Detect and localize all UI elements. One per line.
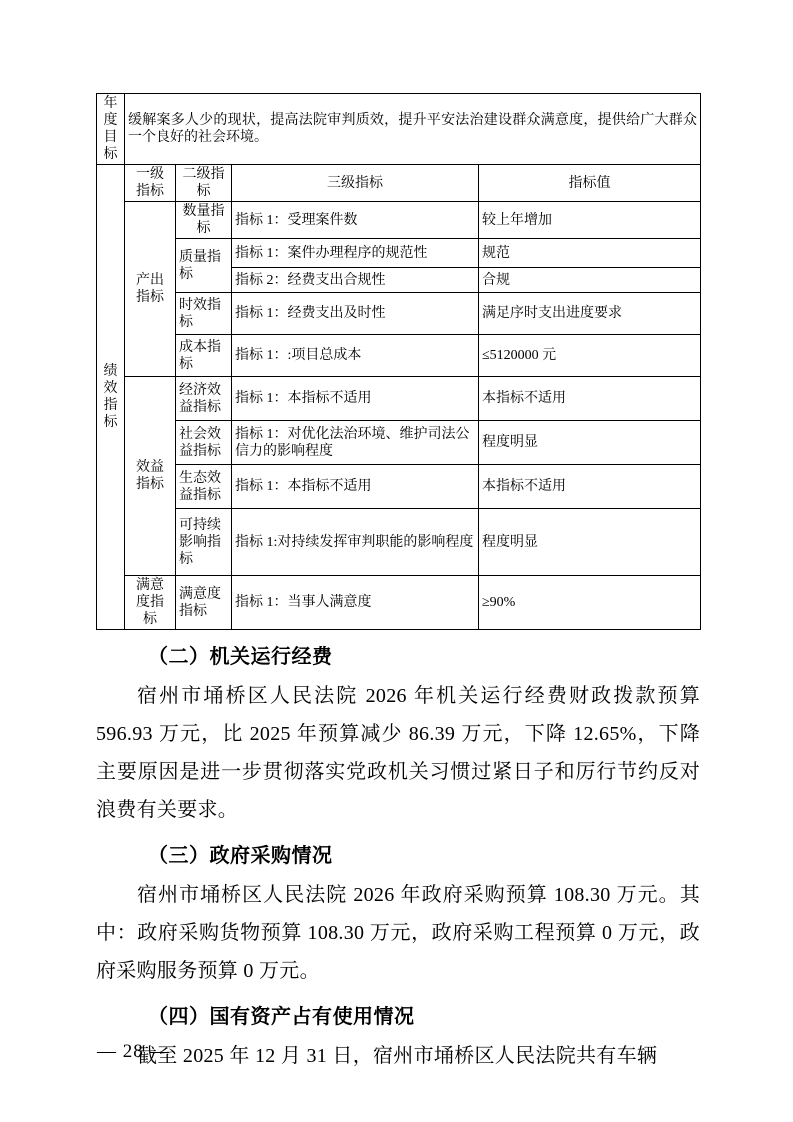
section-paragraph: 宿州市埇桥区人民法院 2026 年政府采购预算 108.30 万元。其中：政府采… — [96, 876, 700, 990]
header-level3: 三级指标 — [232, 165, 479, 202]
header-level1: 一级 指标 — [125, 165, 176, 202]
level2-timeliness: 时效指 标 — [176, 293, 232, 335]
table-row: 满意 度指 标 满意度 指标 指标 1：当事人满意度 ≥90% — [97, 576, 701, 630]
section-heading: （三）政府采购情况 — [148, 842, 700, 870]
table-row: 质量指 标 指标 1：案件办理程序的规范性 规范 — [97, 239, 701, 268]
header-level2: 二级指 标 — [176, 165, 232, 202]
level2-cost: 成本指 标 — [176, 335, 232, 377]
indicator-value: 程度明显 — [479, 509, 701, 576]
level2-satisfaction: 满意度 指标 — [176, 576, 232, 630]
document-page: 年 度 目 标 缓解案多人少的现状，提高法院审判质效，提升平安法治建设群众满意度… — [0, 0, 793, 1122]
section-government-procurement: （三）政府采购情况 宿州市埇桥区人民法院 2026 年政府采购预算 108.30… — [96, 842, 700, 990]
level3-indicator: 指标 1：对优化法治环境、维护司法公信力的影响程度 — [232, 421, 479, 465]
indicator-header-row: 绩 效 指 标 一级 指标 二级指 标 三级指标 指标值 — [97, 165, 701, 202]
table-row: 成本指 标 指标 1：:项目总成本 ≤5120000 元 — [97, 335, 701, 377]
indicator-value: 满足序时支出进度要求 — [479, 293, 701, 335]
section-paragraph: 截至 2025 年 12 月 31 日，宿州市埇桥区人民法院共有车辆 — [96, 1037, 700, 1075]
page-number: — 28 — — [97, 1040, 170, 1064]
level3-indicator: 指标 1：:项目总成本 — [232, 335, 479, 377]
level1-satisfaction: 满意 度指 标 — [125, 576, 176, 630]
page-content: 年 度 目 标 缓解案多人少的现状，提高法院审判质效，提升平安法治建设群众满意度… — [96, 93, 700, 1075]
indicator-value: 规范 — [479, 239, 701, 268]
annual-goal-row-header: 年 度 目 标 — [97, 94, 125, 165]
indicator-value: 程度明显 — [479, 421, 701, 465]
indicator-value: 合规 — [479, 268, 701, 293]
level3-indicator: 指标 1：案件办理程序的规范性 — [232, 239, 479, 268]
level2-social: 社会效 益指标 — [176, 421, 232, 465]
level3-indicator: 指标 2：经费支出合规性 — [232, 268, 479, 293]
indicator-value: 较上年增加 — [479, 202, 701, 239]
section-heading: （四）国有资产占有使用情况 — [148, 1003, 700, 1031]
level2-quantity: 数量指 标 — [176, 202, 232, 239]
table-row: 效益 指标 经济效 益指标 指标 1：本指标不适用 本指标不适用 — [97, 377, 701, 421]
header-value: 指标值 — [479, 165, 701, 202]
section-state-owned-assets: （四）国有资产占有使用情况 截至 2025 年 12 月 31 日，宿州市埇桥区… — [96, 1003, 700, 1075]
level3-indicator: 指标 1：受理案件数 — [232, 202, 479, 239]
level2-economic: 经济效 益指标 — [176, 377, 232, 421]
level3-indicator: 指标 1：本指标不适用 — [232, 377, 479, 421]
level2-quality: 质量指 标 — [176, 239, 232, 293]
performance-indicator-table: 年 度 目 标 缓解案多人少的现状，提高法院审判质效，提升平安法治建设群众满意度… — [96, 93, 701, 630]
annual-goal-row: 年 度 目 标 缓解案多人少的现状，提高法院审判质效，提升平安法治建设群众满意度… — [97, 94, 701, 165]
indicator-value: ≥90% — [479, 576, 701, 630]
indicator-value: 本指标不适用 — [479, 465, 701, 509]
level1-output: 产出 指标 — [125, 202, 176, 377]
section-operating-expenses: （二）机关运行经费 宿州市埇桥区人民法院 2026 年机关运行经费财政拨款预算 … — [96, 643, 700, 829]
level3-indicator: 指标 1：经费支出及时性 — [232, 293, 479, 335]
table-row: 可持续 影响指 标 指标 1:对持续发挥审判职能的影响程度 程度明显 — [97, 509, 701, 576]
section-heading: （二）机关运行经费 — [148, 643, 700, 671]
table-row: 产出 指标 数量指 标 指标 1：受理案件数 较上年增加 — [97, 202, 701, 239]
table-row: 生态效 益指标 指标 1：本指标不适用 本指标不适用 — [97, 465, 701, 509]
level3-indicator: 指标 1：本指标不适用 — [232, 465, 479, 509]
level2-sustainable: 可持续 影响指 标 — [176, 509, 232, 576]
table-row: 社会效 益指标 指标 1：对优化法治环境、维护司法公信力的影响程度 程度明显 — [97, 421, 701, 465]
level3-indicator: 指标 1:对持续发挥审判职能的影响程度 — [232, 509, 479, 576]
indicator-value: ≤5120000 元 — [479, 335, 701, 377]
annual-goal-text: 缓解案多人少的现状，提高法院审判质效，提升平安法治建设群众满意度，提供给广大群众… — [125, 94, 701, 165]
table-row: 时效指 标 指标 1：经费支出及时性 满足序时支出进度要求 — [97, 293, 701, 335]
level3-indicator: 指标 1：当事人满意度 — [232, 576, 479, 630]
level2-ecological: 生态效 益指标 — [176, 465, 232, 509]
performance-row-header: 绩 效 指 标 — [97, 165, 125, 630]
section-paragraph: 宿州市埇桥区人民法院 2026 年机关运行经费财政拨款预算 596.93 万元，… — [96, 677, 700, 829]
level1-benefit: 效益 指标 — [125, 377, 176, 576]
indicator-value: 本指标不适用 — [479, 377, 701, 421]
